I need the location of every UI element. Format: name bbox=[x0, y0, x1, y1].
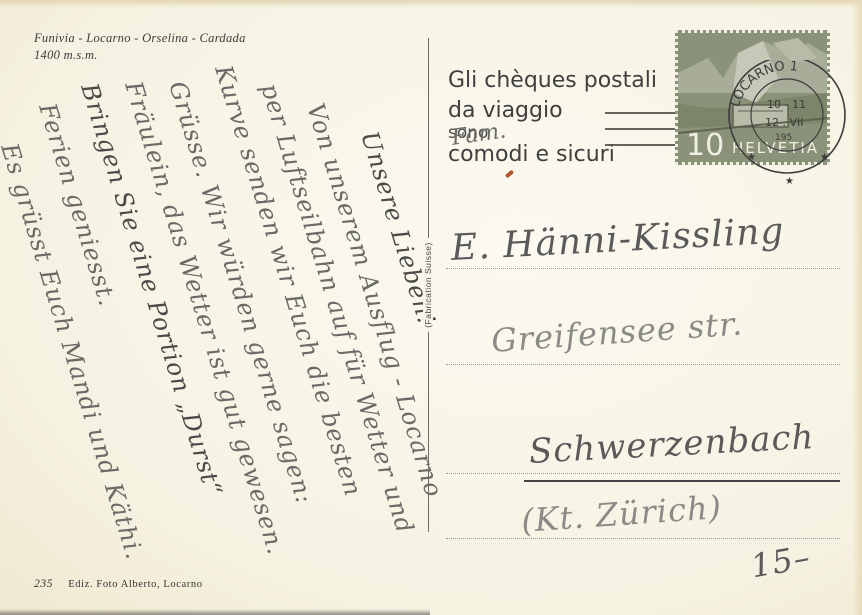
svg-text:★: ★ bbox=[747, 152, 756, 163]
recipient-name: E. Hänni-Kissling bbox=[450, 211, 785, 269]
address-line bbox=[446, 473, 840, 474]
card-edge-shadow bbox=[0, 609, 430, 615]
card-edge-wear bbox=[0, 0, 862, 8]
caption-line-2: 1400 m.s.m. bbox=[34, 47, 246, 64]
front-image-caption: Funivia - Locarno - Orselina - Cardada 1… bbox=[34, 30, 246, 64]
stamp-value: 10 bbox=[686, 131, 724, 161]
cancellation-bars bbox=[605, 112, 675, 160]
slogan-line-1: Gli chèques postali bbox=[448, 66, 657, 96]
fabrication-label: (Fabrication Suisse) bbox=[423, 238, 433, 332]
pencil-note: 15– bbox=[748, 538, 813, 586]
publisher-name: Ediz. Foto Alberto, Locarno bbox=[68, 579, 202, 590]
svg-text:★: ★ bbox=[820, 152, 829, 163]
recipient-city: Schwerzenbach bbox=[528, 417, 815, 472]
postmark-year: 195 bbox=[775, 133, 792, 143]
card-number: 235 bbox=[34, 578, 53, 590]
recipient-street: Greifensee str. bbox=[490, 304, 744, 359]
publisher-imprint: 235 Ediz. Foto Alberto, Locarno bbox=[34, 578, 203, 590]
address-line bbox=[446, 268, 840, 269]
svg-text:★: ★ bbox=[785, 176, 794, 187]
postmark-time: 10 - 11 bbox=[767, 98, 806, 111]
postmark-icon: LOCARNO 1 10 - 11 12 . VII 195 ★ ★ ★ bbox=[725, 60, 862, 190]
ink-mark bbox=[505, 170, 514, 179]
postcard-back: Funivia - Locarno - Orselina - Cardada 1… bbox=[0, 0, 862, 615]
address-underline bbox=[524, 480, 840, 482]
recipient-canton: (Kt. Zürich) bbox=[520, 488, 723, 540]
postmark-date: 12 . VII bbox=[765, 116, 804, 129]
address-line bbox=[446, 364, 840, 365]
caption-line-1: Funivia - Locarno - Orselina - Cardada bbox=[34, 30, 246, 47]
address-line bbox=[446, 538, 840, 539]
